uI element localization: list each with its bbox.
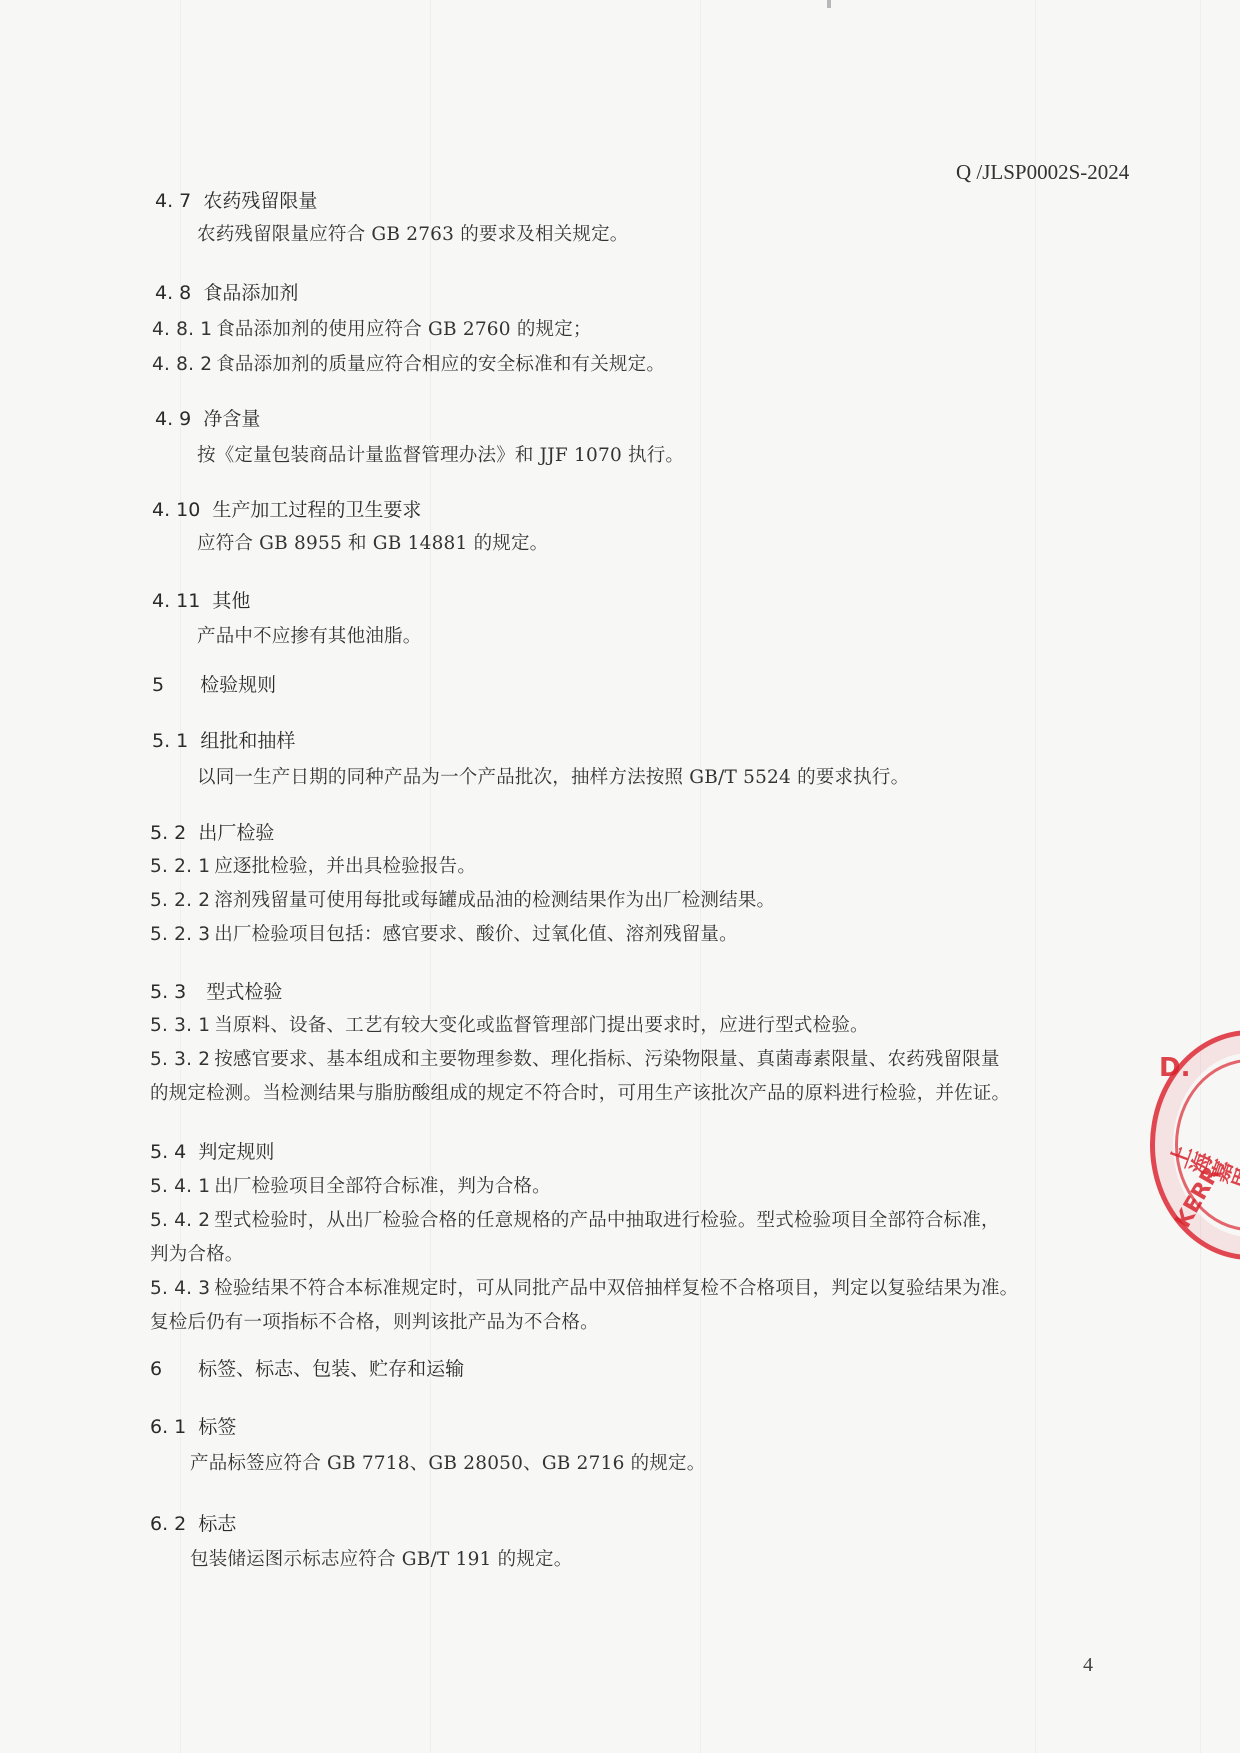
section-body-5-1: 以同一生产日期的同种产品为一个产品批次，抽样方法按照 GB/T 5524 的要求… [197, 765, 909, 791]
chapter-heading-6: 6 标签、标志、包装、贮存和运输 [150, 1356, 464, 1382]
section-body-6-1: 产品标签应符合 GB 7718、GB 28050、GB 2716 的规定。 [190, 1451, 705, 1477]
clause-number: 5. 4. 3 [150, 1278, 210, 1299]
section-number: 4. 8 [155, 280, 191, 306]
clause-5-3-2-continued: 的规定检测。当检测结果与脂肪酸组成的规定不符合时，可用生产该批次产品的原料进行检… [150, 1081, 1010, 1107]
section-heading-4-11: 4. 11 其他 [152, 588, 250, 614]
scan-artifact [1035, 0, 1036, 1753]
clause-number: 5. 2. 2 [150, 890, 210, 911]
seal-text-latin: D. [1159, 1053, 1190, 1083]
clause-5-2-3: 5. 2. 3出厂检验项目包括：感官要求、酸价、过氧化值、溶剂残留量。 [150, 922, 738, 948]
clause-text: 出厂检验项目包括：感官要求、酸价、过氧化值、溶剂残留量。 [214, 924, 738, 945]
section-title: 其他 [212, 590, 250, 612]
section-number: 4. 9 [155, 406, 191, 432]
section-body-4-10: 应符合 GB 8955 和 GB 14881 的规定。 [197, 531, 548, 557]
section-title: 出厂检验 [198, 822, 274, 844]
chapter-number: 6 [150, 1356, 162, 1382]
clause-number: 5. 3. 2 [150, 1049, 210, 1070]
clause-number: 5. 2. 3 [150, 924, 210, 945]
clause-text: 应逐批检验，并出具检验报告。 [214, 856, 476, 877]
section-heading-5-3: 5. 3 型式检验 [150, 979, 282, 1005]
clause-number: 5. 4. 1 [150, 1176, 210, 1197]
section-title: 生产加工过程的卫生要求 [212, 499, 421, 521]
section-number: 6. 2 [150, 1511, 186, 1537]
section-number: 4. 7 [155, 188, 191, 214]
clause-number: 5. 4. 2 [150, 1210, 210, 1231]
chapter-heading-5: 5 检验规则 [152, 672, 276, 698]
clause-4-8-1: 4. 8. 1食品添加剂的使用应符合 GB 2760 的规定； [152, 317, 592, 343]
clause-text: 按感官要求、基本组成和主要物理参数、理化指标、污染物限量、真菌毒素限量、农药残留… [214, 1049, 999, 1070]
clause-text: 溶剂残留量可使用每批或每罐成品油的检测结果作为出厂检测结果。 [214, 890, 775, 911]
section-heading-5-1: 5. 1 组批和抽样 [152, 728, 295, 754]
clause-4-8-2: 4. 8. 2食品添加剂的质量应符合相应的安全标准和有关规定。 [152, 352, 665, 378]
clause-text: 食品添加剂的使用应符合 GB 2760 的规定； [216, 319, 591, 340]
section-heading-4-10: 4. 10 生产加工过程的卫生要求 [152, 497, 421, 523]
section-title: 标志 [198, 1513, 236, 1535]
section-title: 食品添加剂 [203, 282, 298, 304]
section-number: 4. 10 [152, 497, 200, 523]
section-number: 5. 3 [150, 979, 186, 1005]
chapter-title: 检验规则 [200, 674, 276, 696]
company-seal-stamp: D. KERR 上海嘉里 [1150, 1030, 1240, 1260]
clause-5-3-2: 5. 3. 2按感官要求、基本组成和主要物理参数、理化指标、污染物限量、真菌毒素… [150, 1047, 1000, 1073]
clause-text: 当原料、设备、工艺有较大变化或监督管理部门提出要求时，应进行型式检验。 [214, 1015, 869, 1036]
section-title: 净含量 [203, 408, 260, 430]
page-number: 4 [1083, 1654, 1093, 1677]
clause-5-4-3: 5. 4. 3检验结果不符合本标准规定时，可从同批产品中双倍抽样复检不合格项目，… [150, 1276, 1018, 1302]
clause-5-2-2: 5. 2. 2溶剂残留量可使用每批或每罐成品油的检测结果作为出厂检测结果。 [150, 888, 775, 914]
section-heading-4-7: 4. 7 农药残留限量 [155, 188, 317, 214]
section-title: 标签 [198, 1416, 236, 1438]
clause-text: 检验结果不符合本标准规定时，可从同批产品中双倍抽样复检不合格项目，判定以复验结果… [214, 1278, 1018, 1299]
clause-number: 5. 2. 1 [150, 856, 210, 877]
section-heading-5-4: 5. 4 判定规则 [150, 1139, 274, 1165]
section-heading-5-2: 5. 2 出厂检验 [150, 820, 274, 846]
scan-artifact [1200, 0, 1201, 1753]
section-body-4-7: 农药残留限量应符合 GB 2763 的要求及相关规定。 [197, 222, 629, 248]
section-title: 型式检验 [206, 981, 282, 1003]
section-number: 5. 2 [150, 820, 186, 846]
section-body-4-11: 产品中不应掺有其他油脂。 [197, 624, 421, 650]
section-heading-4-8: 4. 8 食品添加剂 [155, 280, 298, 306]
section-body-6-2: 包装储运图示标志应符合 GB/T 191 的规定。 [190, 1547, 572, 1573]
section-title: 判定规则 [198, 1141, 274, 1163]
clause-5-2-1: 5. 2. 1应逐批检验，并出具检验报告。 [150, 854, 476, 880]
clause-number: 5. 3. 1 [150, 1015, 210, 1036]
scan-artifact [700, 0, 701, 1753]
document-code: Q /JLSP0002S-2024 [956, 160, 1129, 185]
chapter-number: 5 [152, 672, 164, 698]
section-number: 5. 1 [152, 728, 188, 754]
clause-number: 4. 8. 1 [152, 319, 212, 340]
clause-text: 出厂检验项目全部符合标准，判为合格。 [214, 1176, 551, 1197]
scan-mark [827, 0, 831, 8]
section-number: 4. 11 [152, 588, 200, 614]
section-title: 农药残留限量 [203, 190, 317, 212]
clause-number: 4. 8. 2 [152, 354, 212, 375]
clause-5-4-2: 5. 4. 2型式检验时，从出厂检验合格的任意规格的产品中抽取进行检验。型式检验… [150, 1208, 1000, 1234]
clause-5-4-3-continued: 复检后仍有一项指标不合格，则判该批产品为不合格。 [150, 1310, 599, 1336]
clause-5-3-1: 5. 3. 1当原料、设备、工艺有较大变化或监督管理部门提出要求时，应进行型式检… [150, 1013, 869, 1039]
clause-text: 食品添加剂的质量应符合相应的安全标准和有关规定。 [216, 354, 665, 375]
section-number: 6. 1 [150, 1414, 186, 1440]
section-heading-4-9: 4. 9 净含量 [155, 406, 260, 432]
chapter-title: 标签、标志、包装、贮存和运输 [198, 1358, 464, 1380]
section-title: 组批和抽样 [200, 730, 295, 752]
clause-5-4-2-continued: 判为合格。 [150, 1242, 244, 1268]
section-body-4-9: 按《定量包装商品计量监督管理办法》和 JJF 1070 执行。 [197, 443, 684, 469]
section-heading-6-1: 6. 1 标签 [150, 1414, 236, 1440]
section-heading-6-2: 6. 2 标志 [150, 1511, 236, 1537]
clause-5-4-1: 5. 4. 1出厂检验项目全部符合标准，判为合格。 [150, 1174, 551, 1200]
section-number: 5. 4 [150, 1139, 186, 1165]
clause-text: 型式检验时，从出厂检验合格的任意规格的产品中抽取进行检验。型式检验项目全部符合标… [214, 1210, 999, 1231]
